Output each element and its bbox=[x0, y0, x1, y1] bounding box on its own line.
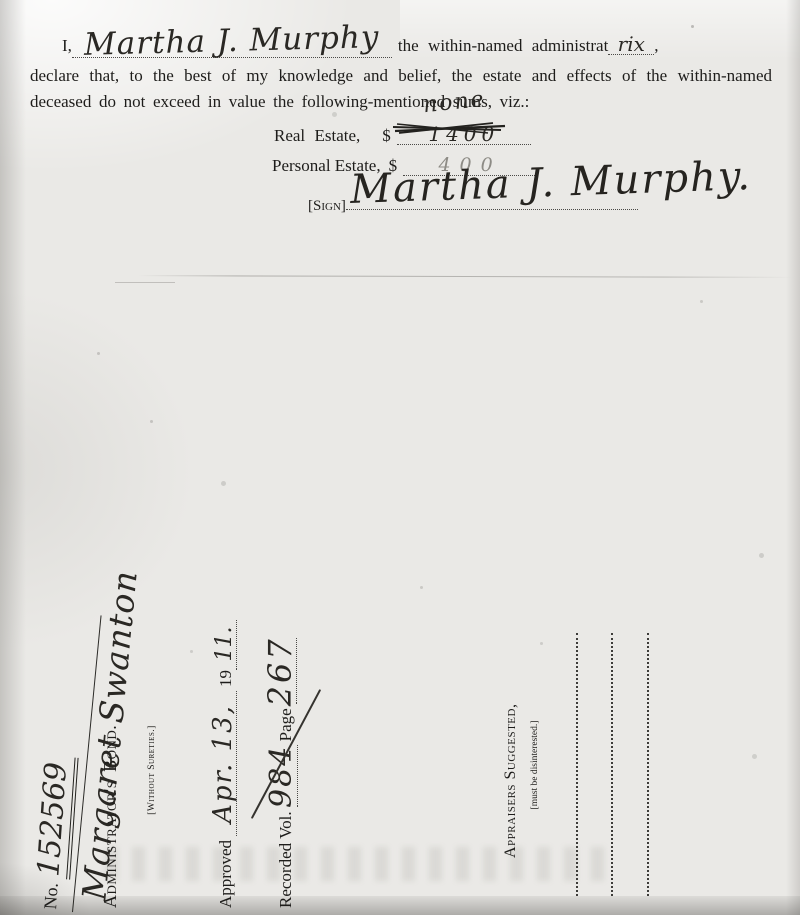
declaration-line-2: declare that, to the best of my knowledg… bbox=[30, 66, 772, 86]
approved-label: Approved bbox=[216, 840, 236, 908]
real-estate-amount-blank: 1400 none bbox=[397, 124, 531, 145]
approved-year-blank: 11. bbox=[214, 620, 237, 670]
gender-suffix-blank: rix bbox=[608, 34, 654, 55]
paper-fold-crease bbox=[138, 275, 793, 278]
year-prefix: 19 bbox=[216, 670, 236, 687]
opening-word: I, bbox=[62, 36, 72, 56]
trailing-comma: , bbox=[654, 36, 658, 56]
real-estate-row: Real Estate, $ 1400 none bbox=[274, 124, 531, 146]
real-estate-corrected-value: none bbox=[422, 87, 487, 118]
approved-date-blank: Apr. 13, bbox=[210, 691, 237, 836]
appraisers-note: [must be disinterested.] bbox=[530, 696, 544, 834]
appraiser-name-blank-1 bbox=[576, 633, 578, 896]
real-estate-label: Real Estate, bbox=[274, 126, 360, 146]
ink-bleed-through-smudge bbox=[105, 847, 615, 881]
paper-fold-crease-fragment bbox=[115, 282, 175, 283]
number-label: No. bbox=[40, 882, 63, 910]
appraiser-name-blank-3 bbox=[647, 633, 649, 896]
recorded-label: Recorded Vol. bbox=[276, 811, 296, 908]
within-named-text: the within-named administrat bbox=[398, 36, 608, 56]
scan-shadow-mid-left bbox=[0, 260, 300, 680]
approved-line: Approved Apr. 13, 19 11. bbox=[210, 620, 252, 908]
real-estate-struck-value: 1400 bbox=[428, 124, 499, 144]
appraiser-name-blank-2 bbox=[611, 633, 613, 896]
scanned-document: I, Martha J. Murphy the within-named adm… bbox=[0, 0, 800, 915]
approved-date-handwritten: Apr. 13, bbox=[210, 704, 236, 823]
recorded-page-blank: 267 bbox=[264, 638, 297, 704]
sign-label: [Sign] bbox=[308, 198, 346, 215]
administratrix-name-handwritten: Martha J. Murphy bbox=[84, 22, 380, 61]
gender-suffix-handwritten: rix bbox=[618, 34, 645, 54]
approved-year-handwritten: 11. bbox=[214, 627, 236, 662]
scan-shadow-left-edge bbox=[0, 0, 26, 915]
declaration-line-1: I, Martha J. Murphy the within-named adm… bbox=[62, 26, 659, 58]
recorded-page-handwritten: 267 bbox=[264, 636, 296, 706]
recorded-line: Recorded Vol. 984 Page 267 bbox=[264, 616, 308, 908]
case-number-handwritten: 152569 bbox=[34, 755, 78, 880]
form-title: Administrator's Bond. bbox=[100, 640, 126, 908]
form-subtitle: [Without Sureties.] bbox=[147, 717, 162, 823]
paper-specks bbox=[691, 25, 694, 28]
real-estate-dollar-sign: $ bbox=[382, 126, 391, 146]
scan-shadow-right-edge bbox=[786, 0, 800, 915]
appraisers-heading: Appraisers Suggested, bbox=[502, 662, 529, 858]
administratrix-name-blank: Martha J. Murphy bbox=[72, 26, 392, 58]
